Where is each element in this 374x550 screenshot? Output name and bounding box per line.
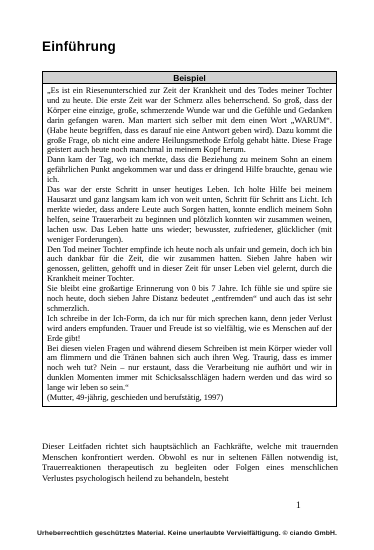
example-box-body: „Es ist ein Riesenunterschied zur Zeit d…	[43, 84, 336, 406]
copyright-footer: Urheberrechtlich geschütztes Material. K…	[0, 530, 374, 537]
intro-body-paragraph: Dieser Leitfaden richtet sich hauptsächl…	[42, 441, 338, 483]
page-title: Einführung	[42, 39, 116, 54]
example-paragraph: Das war der erste Schritt in unser heuti…	[47, 185, 332, 244]
example-paragraph: „Es ist ein Riesenunterschied zur Zeit d…	[47, 86, 332, 155]
example-box-title: Beispiel	[43, 72, 336, 84]
example-paragraph: Dann kam der Tag, wo ich merkte, dass di…	[47, 155, 332, 185]
example-paragraph: Bei diesen vielen Fragen und während die…	[47, 344, 332, 394]
example-paragraph: Ich schreibe in der Ich-Form, da ich nur…	[47, 314, 332, 344]
example-attribution: (Mutter, 49-jährig, geschieden und beruf…	[47, 393, 332, 403]
book-page: Einführung Beispiel „Es ist ein Riesenun…	[0, 0, 374, 550]
example-box: Beispiel „Es ist ein Riesenunterschied z…	[42, 71, 337, 407]
example-paragraph: Sie bleibt eine großartige Erinnerung vo…	[47, 284, 332, 314]
page-number: 1	[296, 501, 301, 511]
example-paragraph: Den Tod meiner Tochter empfinde ich heut…	[47, 245, 332, 285]
